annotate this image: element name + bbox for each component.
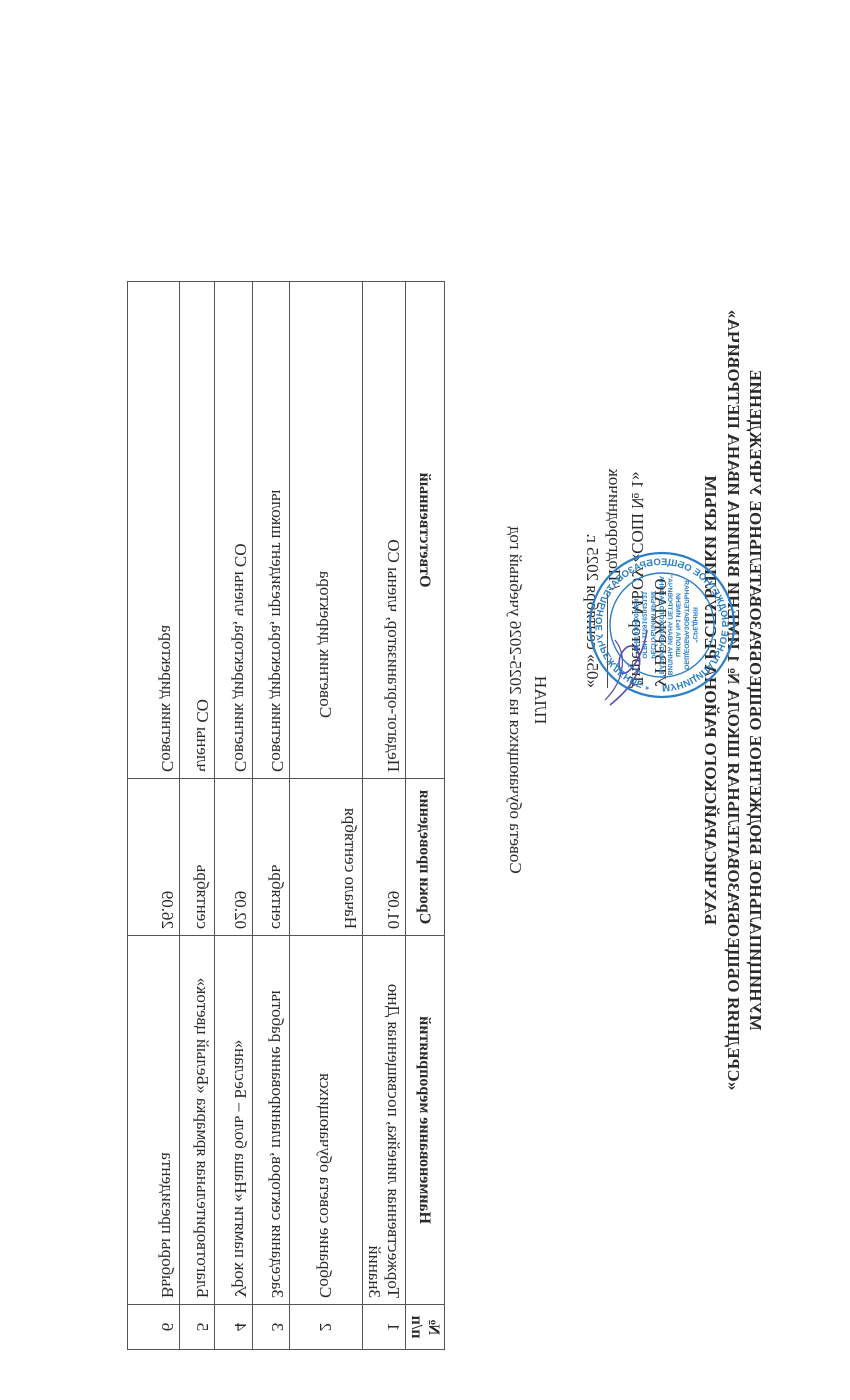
row-num: 4 (215, 1305, 253, 1350)
row-responsible: Советник директора (128, 282, 180, 779)
row-responsible: члены СО (180, 282, 215, 779)
row-num: 2 (290, 1305, 363, 1350)
row-event: Заседания секторов, планирование работы (253, 936, 290, 1305)
table-row: 2 Собрание совета обучающихся Начало сен… (290, 282, 363, 1350)
row-event: Выборы президента (128, 936, 180, 1305)
row-responsible: Советник директора, президент школы (253, 282, 290, 779)
svg-text:"СРЕДНЯЯ: "СРЕДНЯЯ (691, 607, 698, 643)
header-date: Сроки проведения (406, 779, 445, 936)
table-row: 1 Торжественная линейка, посвященная Дню… (363, 282, 406, 1350)
row-num: 3 (253, 1305, 290, 1350)
plan-title: ПЛАН (530, 0, 550, 1400)
row-date: сентябрь (180, 779, 215, 936)
svg-text:ИНН 9104004454: ИНН 9104004454 (632, 598, 639, 651)
row-event: Урок памяти «Наша боль – Беслан» (215, 936, 253, 1305)
table-header-row: № п/п Наименование мероприятий Сроки про… (406, 282, 445, 1350)
svg-text:ОБЩЕОБРАЗОВАТЕЛЬНАЯ: ОБЩЕОБРАЗОВАТЕЛЬНАЯ (683, 580, 690, 670)
svg-text:РЕСПУБЛИКИ КРЫМ: РЕСПУБЛИКИ КРЫМ (649, 591, 656, 659)
row-responsible: Советник директора (290, 282, 363, 779)
row-date: сентябрь (253, 779, 290, 936)
table-row: 5 Благотворительная ярмарка «Белый цвето… (180, 282, 215, 1350)
svg-text:ВИЛИНА ИВАНА ПЕТРОВИЧА": ВИЛИНА ИВАНА ПЕТРОВИЧА" (666, 575, 673, 675)
row-num: 5 (180, 1305, 215, 1350)
row-date: Начало сентября (290, 779, 363, 936)
svg-text:ОГРН 1159102042131: ОГРН 1159102042131 (641, 591, 648, 658)
svg-text:ШКОЛА №1 ИМЕНИ: ШКОЛА №1 ИМЕНИ (674, 593, 681, 657)
official-stamp-icon: МУНИЦИПАЛЬНОЕ БЮДЖЕТНОЕ ОБЩЕОБРАЗОВАТЕЛЬ… (587, 550, 737, 700)
plan-table: № п/п Наименование мероприятий Сроки про… (127, 281, 445, 1350)
plan-subtitle: Совета обучающихся на 2025-2026 учебный … (505, 0, 525, 1400)
header-num: № п/п (406, 1305, 445, 1350)
row-date: 02.09 (215, 779, 253, 936)
document-page: МУНИЦИПАЛЬНОЕ БЮДЖЕТНОЕ ОБЩЕОБРАЗОВАТЕЛЬ… (0, 0, 850, 1400)
row-event: Торжественная линейка, посвященная Дню З… (363, 936, 406, 1305)
header-line-3: БАХЧИСАРАЙСКОГО РАЙОНА РЕСПУБЛИКИ КРЫМ (700, 0, 720, 1400)
header-line-2: «СРЕДНЯЯ ОБЩЕОБРАЗОВАТЕЛЬНАЯ ШКОЛА № 1 И… (723, 0, 743, 1400)
row-responsible: Советник директора, члены СО (215, 282, 253, 779)
row-date: 01.09 (363, 779, 406, 936)
header-line-1: МУНИЦИПАЛЬНОЕ БЮДЖЕТНОЕ ОБЩЕОБРАЗОВАТЕЛЬ… (745, 0, 765, 1400)
header-responsible: Ответственный (406, 282, 445, 779)
row-event: Собрание совета обучающихся (290, 936, 363, 1305)
row-num: 6 (128, 1305, 180, 1350)
table-row: 6 Выборы президента 26.09 Советник дирек… (128, 282, 180, 1350)
table-row: 3 Заседания секторов, планирование работ… (253, 282, 290, 1350)
row-date: 26.09 (128, 779, 180, 936)
header-name: Наименование мероприятий (406, 936, 445, 1305)
row-responsible: Педагог-организатор, члены СО (363, 282, 406, 779)
table-row: 4 Урок памяти «Наша боль – Беслан» 02.09… (215, 282, 253, 1350)
row-event: Благотворительная ярмарка «Белый цветок» (180, 936, 215, 1305)
row-num: 1 (363, 1305, 406, 1350)
